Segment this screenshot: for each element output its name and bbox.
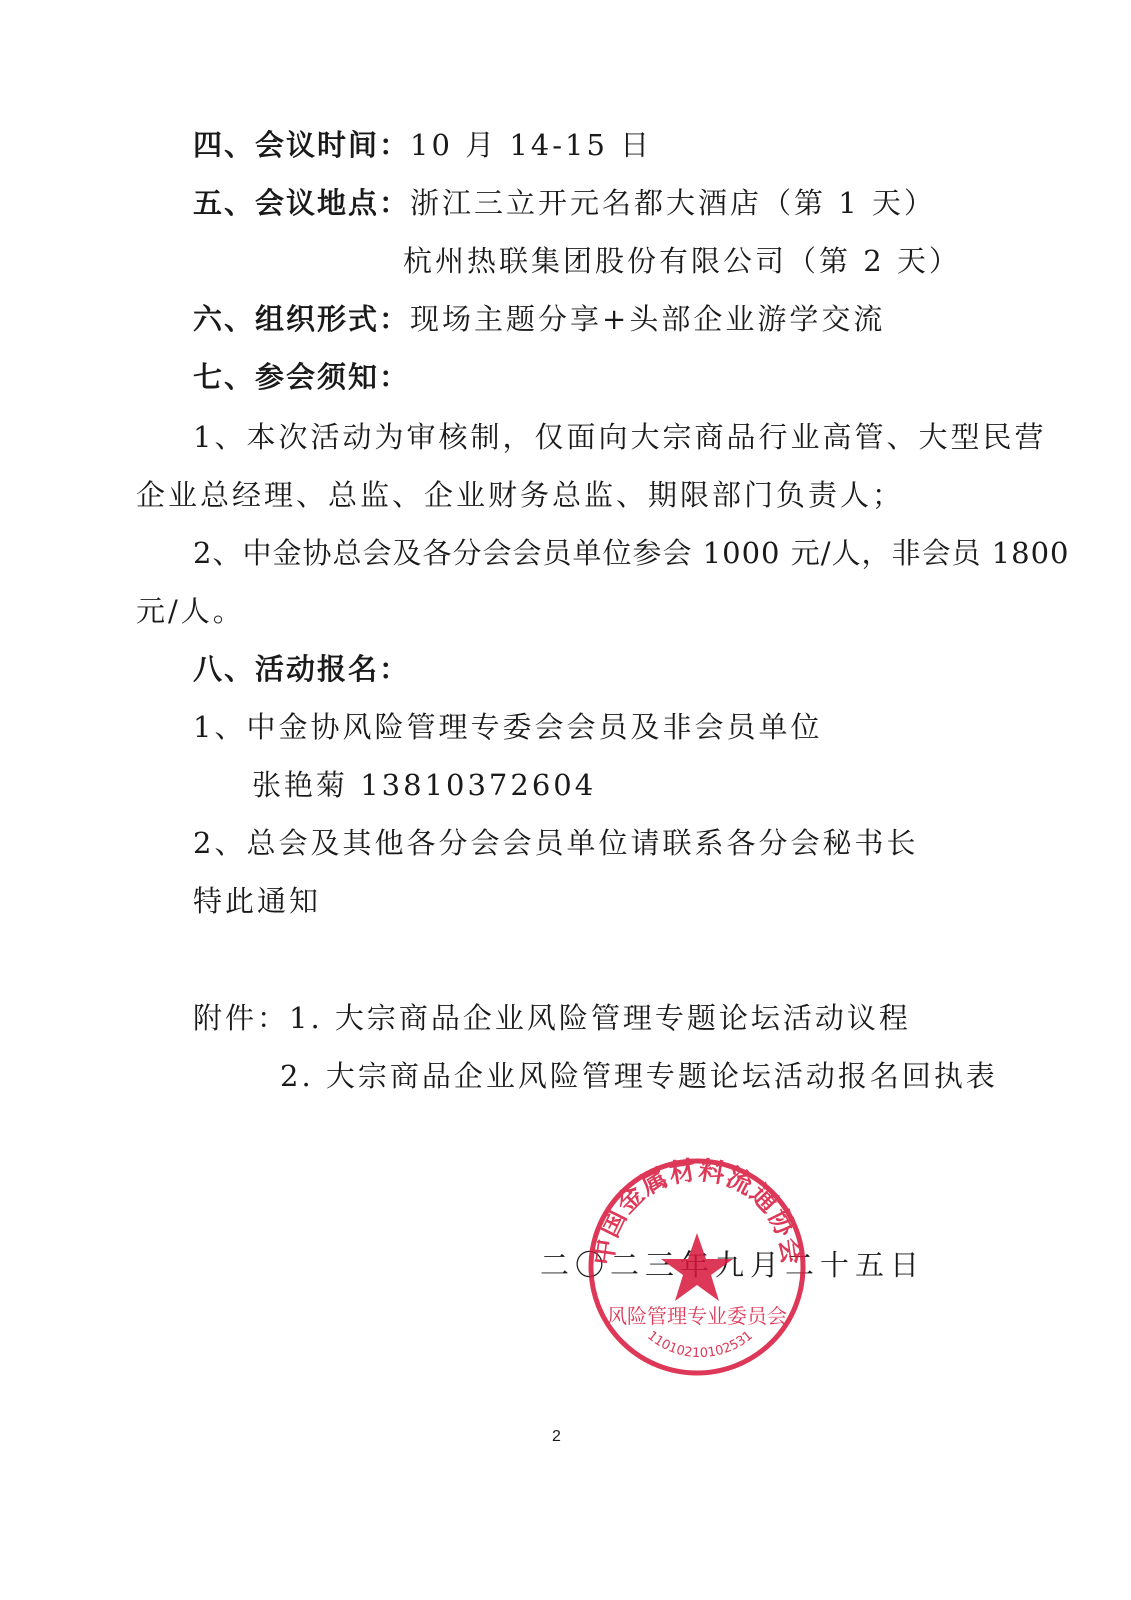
section-format: 六、组织形式：现场主题分享+头部企业游学交流 xyxy=(193,301,885,337)
page-number: 2 xyxy=(552,1428,561,1446)
section-label: 六、组织形式： xyxy=(193,302,410,336)
section-time: 四、会议时间：10 月 14-15 日 xyxy=(193,127,652,163)
attachment-2: 2. 大宗商品企业风险管理专题论坛活动报名回执表 xyxy=(280,1058,998,1094)
location-day2: 杭州热联集团股份有限公司（第 2 天） xyxy=(403,243,961,279)
section-location: 五、会议地点：浙江三立开元名都大酒店（第 1 天） xyxy=(193,185,936,221)
notice-item-1: 1、本次活动为审核制，仅面向大宗商品行业高管、大型民营 xyxy=(193,419,1046,455)
notice-item-1-cont: 企业总经理、总监、企业财务总监、期限部门负责人； xyxy=(136,477,904,513)
notice-item-2-cont: 元/人。 xyxy=(136,593,245,629)
attachment-1: 附件：1. 大宗商品企业风险管理专题论坛活动议程 xyxy=(193,1000,911,1036)
registration-contact: 张艳菊 13810372604 xyxy=(252,767,596,803)
section-label: 四、会议时间： xyxy=(193,128,410,162)
section-label: 五、会议地点： xyxy=(193,186,410,220)
section-registration-heading: 八、活动报名： xyxy=(193,651,410,687)
section-value: 10 月 14-15 日 xyxy=(410,128,652,162)
registration-item-1: 1、中金协风险管理专委会会员及非会员单位 xyxy=(193,709,822,745)
svg-text:风险管理专业委员会: 风险管理专业委员会 xyxy=(607,1304,787,1328)
registration-item-2: 2、总会及其他各分会会员单位请联系各分会秘书长 xyxy=(193,825,918,861)
svg-text:11010210102531: 11010210102531 xyxy=(644,1328,755,1361)
section-notice-heading: 七、参会须知： xyxy=(193,359,410,395)
notice-item-2: 2、中金协总会及各分会会员单位参会 1000 元/人，非会员 1800 xyxy=(193,535,1069,571)
closing-text: 特此通知 xyxy=(193,883,321,919)
section-value: 浙江三立开元名都大酒店（第 1 天） xyxy=(410,186,936,220)
section-value: 现场主题分享+头部企业游学交流 xyxy=(410,302,885,336)
official-seal-icon: 中国金属材料流通协会 风险管理专业委员会 11010210102531 xyxy=(585,1155,810,1380)
